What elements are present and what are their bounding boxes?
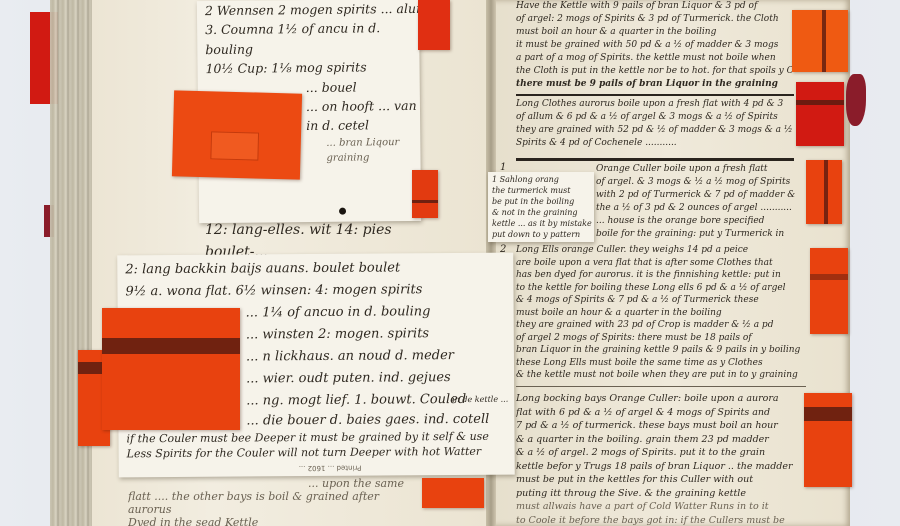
recipe-line: they are grained with 52 pd & ½ of madde… [516,124,794,137]
recipe-line: & the kettle must not boile when they ar… [516,369,806,382]
note-line: 3. Coumna 1½ of ancu in d. [205,18,411,40]
right-swatch-4 [810,248,848,334]
recipe-4: Long Ells orange Culler. they weighs 14 … [516,244,806,382]
recipe-line: of argel: 2 mogs of Spirits & 3 pd of Tu… [516,13,794,26]
printed-strip-text: Printed ... 1602 ... [299,464,362,472]
large-orange-swatch [102,308,240,430]
recipe-line: must boil an hour & a quarter in the boi… [516,26,794,39]
recipe-line: boile for the graining: put y Turmerick … [596,228,796,241]
note-line: 9½ a. wona flat. 6½ winsen: 4: mogen spi… [125,279,505,304]
margin-note-text: 1 Sahlong orang the turmerick must be pu… [488,172,594,242]
recipe-line: of allum & 6 pd & a ½ of argel & 3 mogs … [516,111,794,124]
recipe-line: must allwais have a part of Cold Watter … [516,500,806,514]
swatch-stripe [824,160,828,224]
recipe-line: ... house is the orange bore specified [596,215,796,228]
note-line: 10½ Cup: 1⅛ mog spirits [205,57,411,79]
recipe-3: Orange Culler boile upon a fresh flatt o… [596,163,796,241]
recipe-2: Long Clothes aurorus boile upon a fresh … [516,98,794,150]
recipe-line: they are grained with 23 pd of Crop is m… [516,319,806,332]
recipe-line: these Long Ells must boile the same time… [516,357,806,370]
swatch-stripe [822,10,826,72]
note-line: be put in the boiling [492,196,590,207]
swatch-stripe [412,200,438,203]
note-line: the turmerick must [492,185,590,196]
small-orange-swatch [412,170,438,218]
recipe-line: must boile an hour & a quarter in the bo… [516,307,806,320]
text-line: flatt .... the other bays is boil & grai… [128,490,428,503]
maroon-loose-fragment [846,74,866,126]
note-line: 2 Wennsen 2 mogen spirits ... alum [205,0,411,20]
recipe-line: Have the Kettle with 9 pails of bran Liq… [516,0,794,13]
recipe-line: with 2 pd of Turmerick & 7 pd of madder … [596,189,796,202]
recipe-line: must be put in the kettles for this Cull… [516,473,806,487]
swatch-stripe [810,274,848,280]
recipe-line: has ben dyed for aurorus. it is the finn… [516,269,806,282]
note-line: bouling [205,38,411,60]
recipe-line: the a ½ of 3 pd & 2 ounces of argel ....… [596,202,796,215]
ink-dot [339,208,346,215]
folded-tab [210,131,259,160]
brown-stripe [102,338,240,354]
recipe-line: to the kettle for boiling these Long ell… [516,282,806,295]
recipe-1: Have the Kettle with 9 pails of bran Liq… [516,0,794,91]
section-divider [516,386,806,387]
recipe-line: there must be 9 pails of bran Liquor in … [516,78,794,91]
recipe-line: 7 pd & a ½ of turmerick. these bays must… [516,419,806,433]
note-line: Less Spirits for the Couler will not tur… [127,444,507,462]
recipe-line: puting itt throug the Sive. & the graini… [516,487,806,501]
left-page-bottom-text: ... upon the same flatt .... the other b… [128,478,428,526]
margin-pasted-note: 1 Sahlong orang the turmerick must be pu… [488,172,594,242]
recipe-line: & 4 mogs of Spirits & 7 pd & a ½ of Turm… [516,294,806,307]
recipe-line: Orange Culler boile upon a fresh flatt [596,163,796,176]
brown-stripe [804,407,852,421]
recipe-line: bran Liquor in the graining kettle 9 pai… [516,344,806,357]
bottom-orange-swatch [422,478,484,508]
recipe-line: Long Clothes aurorus boile upon a fresh … [516,98,794,111]
right-swatch-2 [796,82,844,146]
recipe-line: of argel. & 3 mogs & ½ a ½ mog of Spirit… [596,176,796,189]
text-line: 12: lang-elles. wit 14: pies [205,220,475,242]
right-swatch-3 [806,160,842,224]
note-line: & not in the graining [492,207,590,218]
text-line: aurorus [128,503,428,516]
swatch-stripe [796,100,844,105]
top-orange-swatch [418,0,450,50]
recipe-line: kettle befor y Trugs 18 pails of bran Li… [516,460,806,474]
right-swatch-5 [804,393,852,487]
recipe-line: Long bocking bays Orange Culler: boile u… [516,392,806,406]
recipe-line: Long Ells orange Culler. they weighs 14 … [516,244,806,257]
right-swatch-1 [792,10,848,72]
recipe-5: Long bocking bays Orange Culler: boile u… [516,392,806,526]
recipe-line: the Cloth is put in the kettle nor be to… [516,65,794,78]
recipe-line: & a ½ of argel. 2 mogs of Spirits. put i… [516,446,806,460]
note-line: put down to y pattern [492,229,590,240]
recipe-line: it must be grained with 50 pd & a ½ of m… [516,39,794,52]
note-line: 2: lang backkin baijs auans. boulet boul… [125,257,505,282]
recipe-line: a part of a mog of Spirits. the kettle m… [516,52,794,65]
section-divider [516,158,794,161]
text-line: Dyed in the sead Kettle [128,516,428,526]
page-edges [50,0,98,526]
recipe-line: to Coole it before the bays got in: if t… [516,514,806,526]
note-line: kettle ... as it by mistake was [492,218,590,229]
interlinear-note: in de kettle ... [452,395,508,404]
recipe-line: of argel 2 mogs of Spirits: there must b… [516,332,806,345]
recipe-number: 2 [500,244,506,255]
fringed-orange-swatch [172,90,302,179]
text-line: ... upon the same [128,478,428,490]
recipe-line: Spirits & 4 pd of Cochenele ........... [516,137,794,150]
recipe-line: flat with 6 pd & a ½ of argel & 4 mogs o… [516,406,806,420]
note-line: 1 Sahlong orang [492,174,590,185]
recipe-line: & a quarter in the boiling. grain them 2… [516,433,806,447]
recipe-line: are boile upon a vera flat that is after… [516,257,806,270]
section-divider [516,94,794,96]
